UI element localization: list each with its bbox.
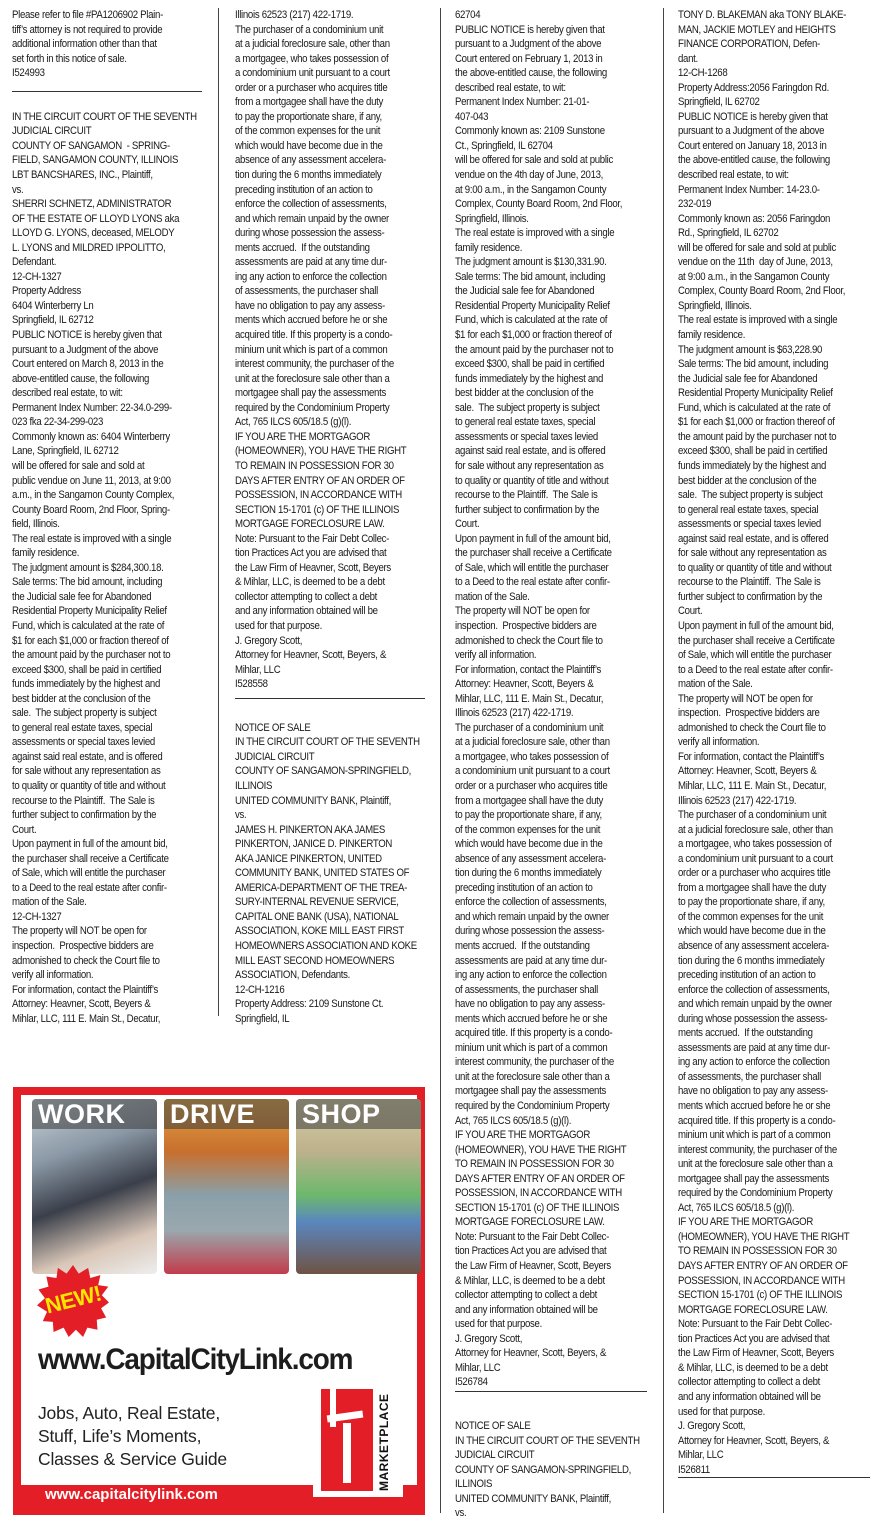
notice-text-line: MORTGAGE FORECLOSURE LAW.	[235, 517, 435, 532]
notice-text-line: admonished to check the Court file to	[678, 721, 881, 736]
notice-text-line: and which remain unpaid by the owner	[455, 910, 656, 925]
notice-text-line: IN THE CIRCUIT COURT OF THE SEVENTH	[235, 735, 435, 750]
notice-text-line: TO REMAIN IN POSSESSION FOR 30	[235, 459, 435, 474]
notice-text-line: The judgment amount is $284,300.18.	[12, 561, 210, 576]
notice-text-line: admonished to check the Court file to	[455, 634, 656, 649]
notice-text-line: have no obligation to pay any assess-	[678, 1084, 881, 1099]
notice-text-line: to general real estate taxes, special	[12, 721, 210, 736]
notice-text-line: Upon payment in full of the amount bid,	[455, 532, 656, 547]
notice-text-line: a mortgagee, who takes possession of	[455, 750, 656, 765]
notice-text-line: Note: Pursuant to the Fair Debt Collec-	[678, 1317, 881, 1332]
notice-text-line: MAN, JACKIE MOTLEY and HEIGHTS	[678, 23, 881, 38]
notice-text-line: during whose possession the assess-	[678, 1012, 881, 1027]
notice-text-line: PINKERTON, JANICE D. PINKERTON	[235, 837, 435, 852]
notice-text-line: NOTICE OF SALE	[455, 1419, 656, 1434]
notice-text-line: tion during the 6 months immediately	[678, 954, 881, 969]
notice-text-line: additional information other than that	[12, 37, 210, 52]
notice-text-line: collector attempting to collect a debt	[678, 1375, 881, 1390]
notice-text-line: For information, contact the Plaintiff’s	[455, 663, 656, 678]
notice-text-line: required by the Condominium Property	[455, 1099, 656, 1114]
notice-text-line: further subject to confirmation by the	[12, 808, 210, 823]
notice-text-line: vendue on the 11th day of June, 2013,	[678, 255, 881, 270]
notice-text-line: ments which accrued before he or she	[455, 1012, 656, 1027]
notice-text-line: which would have become due in the	[235, 139, 435, 154]
notice-text-line	[12, 81, 210, 96]
notice-text-line: the amount paid by the purchaser not to	[455, 343, 656, 358]
notice-text-line: have no obligation to pay any assess-	[235, 299, 435, 314]
notice-text-line: I524993	[12, 66, 210, 81]
notice-text-line: recourse to the Plaintiff. The Sale is	[12, 794, 210, 809]
notice-text-line: Act, 765 ILCS 605/18.5 (g)(l).	[678, 1201, 881, 1216]
notice-text-line: FIELD, SANGAMON COUNTY, ILLINOIS	[12, 153, 210, 168]
notice-text-line: Upon payment in full of the amount bid,	[12, 837, 210, 852]
notice-text-line: Illinois 62523 (217) 422-1719.	[235, 8, 435, 23]
notice-text-line: SECTION 15-1701 (c) OF THE ILLINOIS	[455, 1201, 656, 1216]
notice-text-line: I526784	[455, 1375, 656, 1390]
notice-text-line: best bidder at the conclusion of the	[455, 386, 656, 401]
notice-text-line: inspection. Prospective bidders are	[678, 706, 881, 721]
notice-text-line: the above-entitled cause, the following	[678, 153, 881, 168]
notice-text-line	[455, 1405, 656, 1420]
notice-text-line: tion Practices Act you are advised that	[455, 1244, 656, 1259]
notice-text-line: OF THE ESTATE OF LLOYD LYONS aka	[12, 212, 210, 227]
ad-tagline-line: Classes & Service Guide	[38, 1448, 227, 1471]
notice-text-line: IF YOU ARE THE MORTGAGOR	[678, 1215, 881, 1230]
notice-text-line: from a mortgagee shall have the duty	[678, 881, 881, 896]
notice-text-line: Act, 765 ILCS 605/18.5 (g)(l).	[235, 415, 435, 430]
notice-text-line	[12, 95, 210, 110]
notice-text-line: at a judicial foreclosure sale, other th…	[678, 823, 881, 838]
notice-text-line: Mihlar, LLC, 111 E. Main St., Decatur,	[678, 779, 881, 794]
notice-text-line: AKA JANICE PINKERTON, UNITED	[235, 852, 435, 867]
notice-text-line: ments which accrued before he or she	[235, 313, 435, 328]
notice-text-line: (HOMEOWNER), YOU HAVE THE RIGHT	[235, 444, 435, 459]
notice-separator	[678, 1477, 870, 1478]
notice-text-line: The purchaser of a condominium unit	[235, 23, 435, 38]
notice-text-line: Commonly known as: 2109 Sunstone	[455, 124, 656, 139]
notice-text-line: IF YOU ARE THE MORTGAGOR	[235, 430, 435, 445]
notice-text-line: and any information obtained will be	[235, 604, 435, 619]
notice-text-line: required by the Condominium Property	[678, 1186, 881, 1201]
notice-text-line: Attorney: Heavner, Scott, Beyers &	[678, 764, 881, 779]
notice-text-line: Springfield, IL 62712	[12, 313, 210, 328]
notice-text-line: Commonly known as: 6404 Winterberry	[12, 430, 210, 445]
notice-text-line: tion during the 6 months immediately	[235, 168, 435, 183]
notice-text-line: Note: Pursuant to the Fair Debt Collec-	[455, 1230, 656, 1245]
notice-text-line: order or a purchaser who acquires title	[678, 866, 881, 881]
notice-text-line: the Judicial sale fee for Abandoned	[455, 284, 656, 299]
notice-text-line: used for that purpose.	[455, 1317, 656, 1332]
notice-text-line: unit at the foreclosure sale other than …	[678, 1157, 881, 1172]
notice-text-line: to general real estate taxes, special	[678, 503, 881, 518]
notice-text-line: Mihlar, LLC, 111 E. Main St., Decatur,	[12, 1012, 210, 1027]
notice-text-line: to pay the proportionate share, if any,	[455, 808, 656, 823]
notice-text-line: the purchaser shall receive a Certificat…	[12, 852, 210, 867]
notice-text-line: $1 for each $1,000 or fraction thereof o…	[12, 634, 210, 649]
notice-text-line: and any information obtained will be	[455, 1303, 656, 1318]
notice-text-line: Court entered on February 1, 2013 in	[455, 52, 656, 67]
notice-text-line: The property will NOT be open for	[455, 604, 656, 619]
notice-text-line: assessments are paid at any time dur-	[678, 1041, 881, 1056]
notice-text-line: of Sale, which will entitle the purchase…	[12, 866, 210, 881]
notice-text-line: Sale terms: The bid amount, including	[455, 270, 656, 285]
notice-text-line: pursuant to a Judgment of the above	[12, 343, 210, 358]
notice-text-line: Note: Pursuant to the Fair Debt Collec-	[235, 532, 435, 547]
notice-text-line: of Sale, which will entitle the purchase…	[678, 648, 881, 663]
notice-text-line: at a judicial foreclosure sale, other th…	[235, 37, 435, 52]
notice-text-line: TO REMAIN IN POSSESSION FOR 30	[678, 1244, 881, 1259]
notice-text-line: preceding institution of an action to	[235, 183, 435, 198]
notice-text-line: J. Gregory Scott,	[235, 634, 435, 649]
notice-text-line: $1 for each $1,000 or fraction thereof o…	[455, 328, 656, 343]
notice-text-line: COMMUNITY BANK, UNITED STATES OF	[235, 866, 435, 881]
notice-text-line: PUBLIC NOTICE is hereby given that	[12, 328, 210, 343]
notice-text-line: Illinois 62523 (217) 422-1719.	[678, 794, 881, 809]
notice-text-line: Springfield, Illinois.	[678, 299, 881, 314]
notice-text-line: vendue on the 4th day of June, 2013,	[455, 168, 656, 183]
notice-text-line: verify all information.	[678, 735, 881, 750]
notice-text-line: Residential Property Municipality Relief	[678, 386, 881, 401]
notice-text-line: Sale terms: The bid amount, including	[678, 357, 881, 372]
notice-text-line: the amount paid by the purchaser not to	[678, 430, 881, 445]
notice-text-line: admonished to check the Court file to	[12, 954, 210, 969]
notice-text-line: ments accrued. If the outstanding	[678, 1026, 881, 1041]
notice-text-line: from a mortgagee shall have the duty	[455, 794, 656, 809]
notice-text-line: Court entered on January 18, 2013 in	[678, 139, 881, 154]
notice-text-line: mation of the Sale.	[678, 677, 881, 692]
notice-text-line: POSSESSION, IN ACCORDANCE WITH	[455, 1186, 656, 1201]
notice-text-line: Commonly known as: 2056 Faringdon	[678, 212, 881, 227]
notice-text-line: Please refer to file #PA1206902 Plain-	[12, 8, 210, 23]
notice-text-line: Court entered on March 8, 2013 in the	[12, 357, 210, 372]
notice-separator	[235, 698, 425, 699]
notice-text-line: UNITED COMMUNITY BANK, Plaintiff,	[455, 1492, 656, 1507]
notice-text-line: required by the Condominium Property	[235, 401, 435, 416]
notice-text-line: and which remain unpaid by the owner	[235, 212, 435, 227]
notice-text-line: exceed $300, shall be paid in certified	[12, 663, 210, 678]
notice-text-line: SECTION 15-1701 (c) OF THE ILLINOIS	[678, 1288, 881, 1303]
notice-text-line: 232-019	[678, 197, 881, 212]
notice-text-line: for sale without any representation as	[678, 546, 881, 561]
notice-text-line: SURY-INTERNAL REVENUE SERVICE,	[235, 895, 435, 910]
notice-text-line: against said real estate, and is offered	[678, 532, 881, 547]
notice-text-line: Upon payment in full of the amount bid,	[678, 619, 881, 634]
notice-text-line: Attorney: Heavner, Scott, Beyers &	[12, 997, 210, 1012]
notice-text-line: to a Deed to the real estate after confi…	[12, 881, 210, 896]
notice-text-line: acquired title. If this property is a co…	[455, 1026, 656, 1041]
notice-text-line: to quality or quantity of title and with…	[678, 561, 881, 576]
notice-text-line: family residence.	[12, 546, 210, 561]
notice-text-line: sale. The subject property is subject	[12, 706, 210, 721]
notice-text-line: will be offered for sale and sold at pub…	[455, 153, 656, 168]
column-divider	[218, 8, 219, 1016]
notice-text-line: DAYS AFTER ENTRY OF AN ORDER OF	[235, 474, 435, 489]
notice-text-line: inspection. Prospective bidders are	[12, 939, 210, 954]
ad-footer-url[interactable]: www.capitalcitylink.com	[45, 1486, 218, 1503]
notice-text-line: sale. The subject property is subject	[455, 401, 656, 416]
notice-text-line: to a Deed to the real estate after confi…	[678, 663, 881, 678]
notice-text-line: have no obligation to pay any assess-	[455, 997, 656, 1012]
notice-text-line: and any information obtained will be	[678, 1390, 881, 1405]
notice-text-line: Attorney: Heavner, Scott, Beyers &	[455, 677, 656, 692]
notice-text-line: of assessments, the purchaser shall	[455, 983, 656, 998]
notice-text-line: Property Address	[12, 284, 210, 299]
ad-panel-label: WORK	[32, 1099, 157, 1129]
notice-text-line: MILL EAST SECOND HOMEOWNERS	[235, 954, 435, 969]
notice-text-line: LLOYD G. LYONS, deceased, MELODY	[12, 226, 210, 241]
ad-panel-work-photo: WORK	[32, 1099, 157, 1274]
notice-text-line: verify all information.	[455, 648, 656, 663]
notice-text-line: The real estate is improved with a singl…	[12, 532, 210, 547]
notice-text-line: The judgment amount is $130,331.90.	[455, 255, 656, 270]
notice-text-line: Lane, Springfield, IL 62712	[12, 444, 210, 459]
notice-text-line: JUDICIAL CIRCUIT	[12, 124, 210, 139]
notice-text-line: a mortgagee, who takes possession of	[235, 52, 435, 67]
notice-text-line: further subject to confirmation by the	[678, 590, 881, 605]
notice-text-line: a condominium unit pursuant to a court	[235, 66, 435, 81]
notice-text-line: IF YOU ARE THE MORTGAGOR	[455, 1128, 656, 1143]
notice-text-line: public vendue on June 11, 2013, at 9:00	[12, 474, 210, 489]
notice-text-line: Mihlar, LLC	[678, 1448, 881, 1463]
legal-notices-column-4: TONY D. BLAKEMAN aka TONY BLAKE-MAN, JAC…	[678, 8, 881, 1477]
notice-text-line: tion Practices Act you are advised that	[678, 1332, 881, 1347]
notice-text-line: NOTICE OF SALE	[235, 721, 435, 736]
notice-text-line: Court.	[455, 517, 656, 532]
notice-text-line: absence of any assessment accelera-	[455, 852, 656, 867]
legal-notices-column-3: 62704PUBLIC NOTICE is hereby given thatp…	[455, 8, 656, 1521]
column-divider	[663, 8, 664, 1513]
notice-text-line: ing any action to enforce the collection	[455, 968, 656, 983]
notice-text-line: the above-entitled cause, the following	[455, 66, 656, 81]
ad-headline-url[interactable]: www.CapitalCityLink.com	[38, 1343, 352, 1377]
notice-text-line: best bidder at the conclusion of the	[12, 692, 210, 707]
notice-text-line: Fund, which is calculated at the rate of	[12, 619, 210, 634]
notice-text-line: unit at the foreclosure sale other than …	[235, 372, 435, 387]
notice-text-line: JAMES H. PINKERTON AKA JAMES	[235, 823, 435, 838]
notice-text-line: vs.	[12, 183, 210, 198]
notice-text-line: Rd., Springfield, IL 62702	[678, 226, 881, 241]
notice-text-line: mortgagee shall pay the assessments	[235, 386, 435, 401]
notice-text-line: 12-CH-1216	[235, 983, 435, 998]
notice-text-line: Springfield, Illinois.	[455, 212, 656, 227]
notice-text-line: to pay the proportionate share, if any,	[678, 895, 881, 910]
notice-text-line: described real estate, to wit:	[678, 168, 881, 183]
notice-text-line: Fund, which is calculated at the rate of	[455, 313, 656, 328]
notice-text-line: sale. The subject property is subject	[678, 488, 881, 503]
notice-text-line: assessments or special taxes levied	[12, 735, 210, 750]
notice-text-line: which would have become due in the	[678, 924, 881, 939]
notice-text-line: PUBLIC NOTICE is hereby given that	[455, 23, 656, 38]
notice-text-line: UNITED COMMUNITY BANK, Plaintiff,	[235, 794, 435, 809]
notice-text-line: used for that purpose.	[235, 619, 435, 634]
notice-text-line: Residential Property Municipality Relief	[12, 604, 210, 619]
notice-text-line: Complex, County Board Room, 2nd Floor,	[455, 197, 656, 212]
notice-text-line: exceed $300, shall be paid in certified	[678, 444, 881, 459]
notice-text-line: minium unit which is part of a common	[235, 343, 435, 358]
notice-text-line: & Mihlar, LLC, is deemed to be a debt	[678, 1361, 881, 1376]
column-divider	[440, 8, 441, 1513]
notice-text-line: I528558	[235, 677, 435, 692]
notice-text-line: Springfield, IL	[235, 1012, 435, 1027]
notice-text-line: LBT BANCSHARES, INC., Plaintiff,	[12, 168, 210, 183]
notice-text-line: ILLINOIS	[455, 1477, 656, 1492]
notice-text-line: a condominium unit pursuant to a court	[455, 764, 656, 779]
notice-text-line: of Sale, which will entitle the purchase…	[455, 561, 656, 576]
notice-text-line: collector attempting to collect a debt	[455, 1288, 656, 1303]
notice-text-line: collector attempting to collect a debt	[235, 590, 435, 605]
notice-text-line: and which remain unpaid by the owner	[678, 997, 881, 1012]
notice-text-line: further subject to confirmation by the	[455, 503, 656, 518]
notice-text-line: to pay the proportionate share, if any,	[235, 110, 435, 125]
notice-text-line: & Mihlar, LLC, is deemed to be a debt	[455, 1274, 656, 1289]
notice-text-line: a.m., in the Sangamon County Complex,	[12, 488, 210, 503]
notice-text-line: the Law Firm of Heavner, Scott, Beyers	[678, 1346, 881, 1361]
notice-text-line: Sale terms: The bid amount, including	[12, 575, 210, 590]
notice-text-line: 407-043	[455, 110, 656, 125]
notice-text-line: the Law Firm of Heavner, Scott, Beyers	[235, 561, 435, 576]
notice-text-line: The real estate is improved with a singl…	[455, 226, 656, 241]
notice-text-line: which would have become due in the	[455, 837, 656, 852]
notice-text-line: SECTION 15-1701 (c) OF THE ILLINOIS	[235, 503, 435, 518]
notice-text-line: pursuant to a Judgment of the above	[678, 124, 881, 139]
notice-text-line: minium unit which is part of a common	[678, 1128, 881, 1143]
notice-text-line: vs.	[455, 1506, 656, 1521]
notice-text-line: interest community, the purchaser of the	[455, 1055, 656, 1070]
notice-text-line: IN THE CIRCUIT COURT OF THE SEVENTH	[12, 110, 210, 125]
notice-text-line: ASSOCIATION, KOKE MILL EAST FIRST	[235, 924, 435, 939]
ad-tagline-line: Jobs, Auto, Real Estate,	[38, 1402, 227, 1425]
notice-text-line: minium unit which is part of a common	[455, 1041, 656, 1056]
notice-text-line: Ct., Springfield, IL 62704	[455, 139, 656, 154]
notice-text-line: for sale without any representation as	[12, 764, 210, 779]
notice-text-line: mation of the Sale.	[12, 895, 210, 910]
notice-separator	[455, 1391, 647, 1392]
notice-text-line: Property Address:2056 Faringdon Rd.	[678, 81, 881, 96]
notice-text-line: HOMEOWNERS ASSOCIATION AND KOKE	[235, 939, 435, 954]
legal-notices-column-2: Illinois 62523 (217) 422-1719.The purcha…	[235, 8, 435, 1026]
notice-text-line: The purchaser of a condominium unit	[678, 808, 881, 823]
notice-text-line: to quality or quantity of title and with…	[12, 779, 210, 794]
notice-text-line: PUBLIC NOTICE is hereby given that	[678, 110, 881, 125]
notice-text-line: Mihlar, LLC, 111 E. Main St., Decatur,	[455, 692, 656, 707]
notice-text-line: verify all information.	[12, 968, 210, 983]
notice-text-line: the purchaser shall receive a Certificat…	[678, 634, 881, 649]
notice-text-line: Mihlar, LLC	[235, 663, 435, 678]
notice-text-line: to general real estate taxes, special	[455, 415, 656, 430]
notice-text-line: described real estate, to wit:	[12, 386, 210, 401]
notice-text-line: against said real estate, and is offered	[455, 444, 656, 459]
notice-text-line: enforce the collection of assessments,	[235, 197, 435, 212]
notice-text-line: enforce the collection of assessments,	[678, 983, 881, 998]
notice-text-line: Property Address: 2109 Sunstone Ct.	[235, 997, 435, 1012]
notice-text-line: mation of the Sale.	[455, 590, 656, 605]
notice-text-line: assessments are paid at any time dur-	[235, 255, 435, 270]
notice-text-line: assessments are paid at any time dur-	[455, 954, 656, 969]
notice-text-line: against said real estate, and is offered	[12, 750, 210, 765]
notice-text-line: ments accrued. If the outstanding	[235, 241, 435, 256]
notice-text-line: interest community, the purchaser of the	[678, 1143, 881, 1158]
notice-text-line: interest community, the purchaser of the	[235, 357, 435, 372]
notice-text-line: JUDICIAL CIRCUIT	[235, 750, 435, 765]
notice-text-line: Fund, which is calculated at the rate of	[678, 401, 881, 416]
notice-text-line: Springfield, IL 62702	[678, 95, 881, 110]
notice-text-line: preceding institution of an action to	[678, 968, 881, 983]
notice-text-line: ing any action to enforce the collection	[235, 270, 435, 285]
notice-text-line: L. LYONS and MILDRED IPPOLITTO,	[12, 241, 210, 256]
notice-text-line: mortgagee shall pay the assessments	[678, 1172, 881, 1187]
notice-text-line: tion during the 6 months immediately	[455, 866, 656, 881]
notice-text-line: Mihlar, LLC	[455, 1361, 656, 1376]
notice-text-line: Defendant.	[12, 255, 210, 270]
notice-text-line: a mortgagee, who takes possession of	[678, 837, 881, 852]
capitalcitylink-advertisement[interactable]: WORK DRIVE SHOP NEW! www.CapitalCityLink…	[13, 1087, 425, 1515]
notice-text-line: The real estate is improved with a singl…	[678, 313, 881, 328]
ad-tagline: Jobs, Auto, Real Estate, Stuff, Life’s M…	[38, 1402, 227, 1471]
notice-text-line: family residence.	[678, 328, 881, 343]
ad-panel-drive-photo: DRIVE	[164, 1099, 289, 1274]
notice-text-line: Residential Property Municipality Relief	[455, 299, 656, 314]
notice-text-line: to a Deed to the real estate after confi…	[455, 575, 656, 590]
ad-tagline-line: Stuff, Life’s Moments,	[38, 1425, 227, 1448]
notice-text-line: AMERICA-DEPARTMENT OF THE TREA-	[235, 881, 435, 896]
notice-text-line: funds immediately by the highest and	[678, 459, 881, 474]
notice-text-line: Illinois 62523 (217) 422-1719.	[455, 706, 656, 721]
notice-text-line: tion Practices Act you are advised that	[235, 546, 435, 561]
notice-text-line: at 9:00 a.m., in the Sangamon County	[455, 183, 656, 198]
notice-text-line: ments which accrued before he or she	[678, 1099, 881, 1114]
notice-text-line: the purchaser shall receive a Certificat…	[455, 546, 656, 561]
notice-separator	[12, 91, 202, 92]
notice-text-line: above-entitled cause, the following	[12, 372, 210, 387]
notice-text-line: acquired title. If this property is a co…	[678, 1114, 881, 1129]
notice-text-line: assessments or special taxes levied	[455, 430, 656, 445]
notice-text-line: of the common expenses for the unit	[455, 823, 656, 838]
notice-text-line: Permanent Index Number: 22-34.0-299-	[12, 401, 210, 416]
notice-text-line: for sale without any representation as	[455, 459, 656, 474]
notice-text-line: mortgagee shall pay the assessments	[455, 1084, 656, 1099]
notice-text-line: CAPITAL ONE BANK (USA), NATIONAL	[235, 910, 435, 925]
notice-text-line: IN THE CIRCUIT COURT OF THE SEVENTH	[455, 1434, 656, 1449]
notice-text-line: Court.	[12, 823, 210, 838]
notice-text-line: recourse to the Plaintiff. The Sale is	[455, 488, 656, 503]
notice-text-line: a condominium unit pursuant to a court	[678, 852, 881, 867]
notice-text-line: at 9:00 a.m., in the Sangamon County	[678, 270, 881, 285]
notice-text-line: Court.	[678, 604, 881, 619]
notice-text-line: Attorney for Heavner, Scott, Beyers, &	[678, 1434, 881, 1449]
notice-text-line: best bidder at the conclusion of the	[678, 474, 881, 489]
marketplace-logo-text: MARKETPLACE	[377, 1394, 391, 1492]
notice-text-line: The purchaser of a condominium unit	[455, 721, 656, 736]
notice-text-line: during whose possession the assess-	[455, 924, 656, 939]
notice-text-line: exceed $300, shall be paid in certified	[455, 357, 656, 372]
notice-text-line: during whose possession the assess-	[235, 226, 435, 241]
notice-text-line: MORTGAGE FORECLOSURE LAW.	[678, 1303, 881, 1318]
notice-text-line: 023 fka 22-34-299-023	[12, 415, 210, 430]
notice-text-line: family residence.	[455, 241, 656, 256]
notice-text-line: FINANCE CORPORATION, Defen-	[678, 37, 881, 52]
it-logo-stroke	[343, 1423, 351, 1483]
notice-text-line: (HOMEOWNER), YOU HAVE THE RIGHT	[455, 1143, 656, 1158]
notice-text-line: TONY D. BLAKEMAN aka TONY BLAKE-	[678, 8, 881, 23]
notice-text-line	[455, 1390, 656, 1405]
notice-text-line: unit at the foreclosure sale other than …	[455, 1070, 656, 1085]
notice-text-line: Attorney for Heavner, Scott, Beyers, &	[235, 648, 435, 663]
notice-text-line: enforce the collection of assessments,	[455, 895, 656, 910]
notice-text-line: JUDICIAL CIRCUIT	[455, 1448, 656, 1463]
ad-panel-label: SHOP	[296, 1099, 421, 1129]
notice-text-line: order or a purchaser who acquires title	[235, 81, 435, 96]
it-marketplace-logo-icon: MARKETPLACE	[313, 1385, 403, 1497]
